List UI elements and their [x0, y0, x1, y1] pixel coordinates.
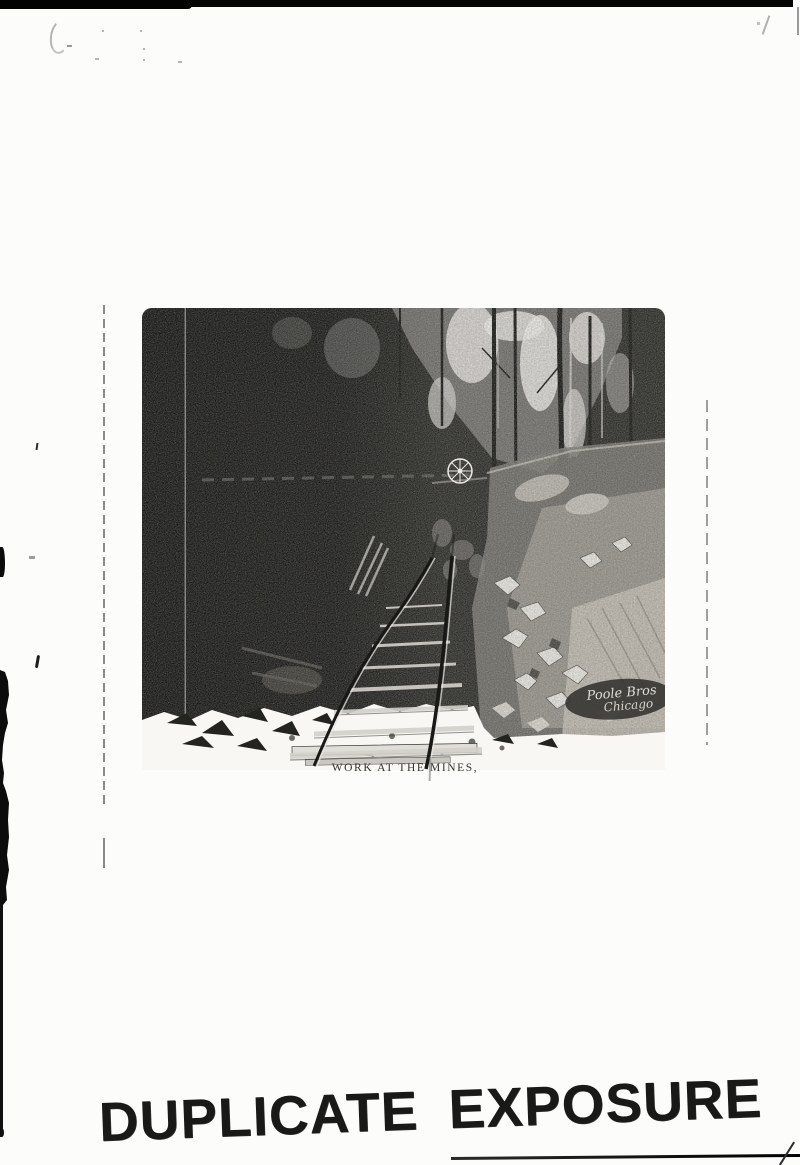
- top-right-slash-mark: [762, 15, 771, 34]
- scan-top-edge-lump: [0, 0, 192, 9]
- pencil-speck: [143, 48, 145, 50]
- vertical-scan-line: [185, 308, 186, 745]
- duplicate-exposure-stamp: DUPLICATE EXPOSURE: [98, 1069, 790, 1152]
- engraving-scene: Poole Bros Chicago: [142, 308, 665, 745]
- scanned-page: Poole Bros Chicago: [0, 0, 800, 1165]
- engraving-caption: WORK AT THE MINES,: [255, 762, 555, 774]
- right-scan-streak: [706, 400, 708, 745]
- bottom-rule-line: [451, 1154, 800, 1160]
- left-scan-streak: [103, 305, 105, 806]
- margin-tick-mark: [36, 443, 39, 450]
- pencil-speck: [178, 61, 182, 63]
- pencil-speck: [67, 45, 72, 47]
- cart-wheel-icon: [448, 459, 472, 483]
- pencil-c-mark: [48, 19, 73, 55]
- pencil-speck: [143, 59, 145, 61]
- margin-comma-mark: [35, 655, 40, 668]
- left-scan-streak-segment: [103, 838, 105, 868]
- ink-blot-small: [0, 547, 5, 577]
- pencil-speck: [102, 30, 104, 32]
- mine-engraving: Poole Bros Chicago: [142, 308, 665, 770]
- pencil-speck: [140, 30, 142, 32]
- pencil-speck: [95, 58, 99, 60]
- scan-right-edge-sliver: [797, 7, 799, 35]
- left-edge-ink-foot: [0, 1128, 4, 1137]
- left-edge-ink-line: [0, 903, 3, 1135]
- margin-dash-mark: [29, 556, 35, 559]
- top-right-dot-mark: [757, 22, 760, 25]
- mine-engraving-art: Poole Bros Chicago: [142, 308, 665, 770]
- ink-blot-streak: [0, 665, 14, 910]
- grain-dark: [142, 308, 665, 745]
